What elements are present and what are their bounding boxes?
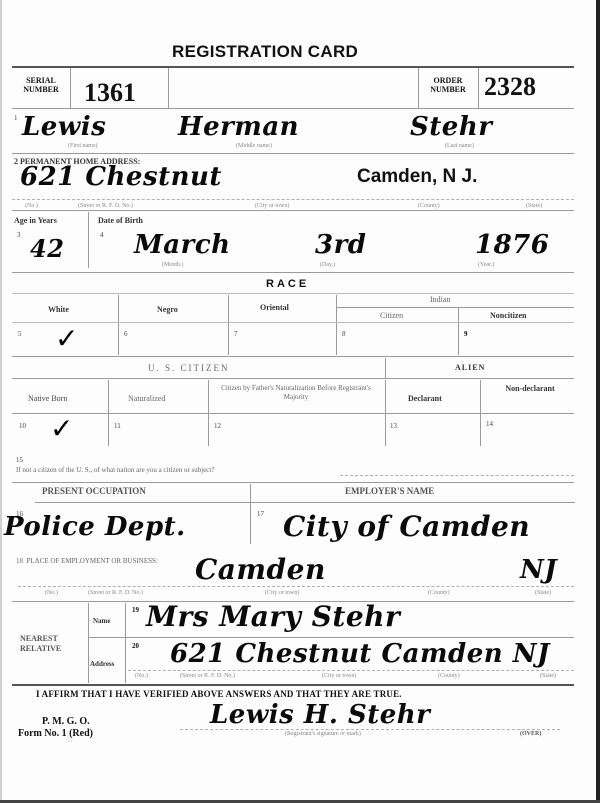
row-rule — [12, 322, 574, 323]
indian-heading: Indian — [430, 295, 450, 304]
birth-date-label: Date of Birth — [98, 216, 143, 225]
row-rule — [12, 482, 574, 483]
field-number: 6 — [124, 330, 128, 338]
over-label: (OVER) — [520, 731, 541, 737]
divider — [250, 484, 251, 544]
address-caption-state: (State) — [526, 203, 542, 209]
alien-heading: ALIEN — [455, 363, 485, 372]
row-rule — [18, 586, 574, 587]
row-rule — [35, 502, 575, 503]
age-label: Age in Years — [14, 216, 57, 225]
field-number: 9 — [464, 330, 468, 338]
order-number-value: 2328 — [484, 72, 536, 102]
field-number: 7 — [234, 330, 238, 338]
divider — [478, 68, 479, 108]
field-number: 20 — [132, 642, 139, 650]
address-caption-no: (No.) — [25, 203, 38, 209]
form-agency: P. M. G. O. — [42, 716, 90, 727]
relative-name-label: Name — [93, 617, 111, 625]
employment-caption-city: (City or town) — [265, 590, 299, 596]
signature-caption: (Registrant's signature or mark) — [285, 731, 361, 737]
birth-caption-month: (Month.) — [162, 262, 184, 268]
field-number: 19 — [132, 606, 139, 614]
field-number: 14 — [486, 420, 493, 428]
non-declarant-label: Non-declarant — [500, 384, 560, 394]
relative-address: 621 Chestnut Camden NJ — [170, 639, 550, 669]
field-number: 1 — [14, 114, 18, 122]
field-number: 15 — [16, 456, 23, 464]
field-number: 4 — [100, 231, 104, 239]
relative-caption-city: (City or town) — [322, 673, 356, 679]
us-citizen-heading: U. S. CITIZEN — [148, 363, 230, 373]
employment-caption-county: (County) — [428, 590, 450, 596]
naturalized-label: Naturalized — [128, 394, 165, 403]
address-caption-city: (City or town) — [255, 203, 289, 209]
card-left-edge — [0, 0, 2, 803]
birth-caption-day: (Day.) — [320, 262, 335, 268]
last-name-caption: (Last name) — [445, 143, 474, 149]
row-rule — [12, 293, 574, 294]
middle-name-caption: (Middle name) — [236, 143, 272, 149]
employer-heading: EMPLOYER'S NAME — [345, 486, 434, 496]
native-born-label: Native Born — [28, 394, 67, 403]
row-rule — [12, 108, 574, 109]
row-rule — [12, 413, 574, 414]
field-number: 5 — [18, 330, 22, 338]
first-name-caption: (First name) — [68, 143, 98, 149]
citizen-by-father-label: Citizen by Father's Naturalization Befor… — [216, 384, 376, 402]
relative-address-label: Address — [90, 660, 114, 668]
race-white-label: White — [48, 305, 69, 314]
employment-state: NJ — [520, 555, 557, 585]
divider — [418, 68, 419, 108]
row-rule — [12, 272, 574, 273]
native-born-checkmark: ✓ — [50, 412, 73, 445]
employment-caption-street: (Street or R. F. D. No.) — [88, 590, 143, 596]
relative-caption-state: (State) — [540, 673, 556, 679]
race-indian-citizen-label: Citizen — [380, 311, 403, 320]
middle-name: Herman — [178, 112, 299, 142]
employment-caption-no: (No.) — [45, 590, 58, 596]
row-rule — [12, 378, 574, 379]
top-rule — [12, 66, 574, 68]
address-caption-street: (Street or R. F. D. No.) — [78, 203, 133, 209]
field-number: 3 — [17, 231, 21, 239]
divider — [88, 603, 89, 683]
field-number: 10 — [19, 422, 26, 430]
row-rule — [12, 199, 574, 200]
serial-number-label: SERIAL NUMBER — [14, 76, 68, 94]
field-number: 13 — [390, 422, 397, 430]
divider — [458, 308, 459, 355]
home-street: 621 Chestnut — [20, 162, 222, 192]
field-number: 11 — [114, 422, 121, 430]
divider — [385, 358, 386, 378]
last-name: Stehr — [410, 112, 492, 142]
birth-month: March — [134, 230, 231, 260]
birth-day: 3rd — [315, 230, 366, 260]
row-rule — [128, 670, 574, 671]
nation-question: If not a citizen of the U. S., of what n… — [16, 466, 214, 474]
row-rule — [12, 210, 574, 211]
card-right-edge — [596, 0, 600, 803]
serial-number-value: 1361 — [84, 78, 136, 108]
row-rule — [12, 356, 574, 357]
field-number: 17 — [257, 510, 264, 518]
row-rule — [88, 637, 574, 638]
race-oriental-label: Oriental — [260, 303, 289, 312]
row-rule — [340, 475, 574, 476]
employment-city: Camden — [195, 553, 326, 586]
declarant-label: Declarant — [408, 394, 442, 403]
row-rule — [336, 307, 574, 308]
occupation-heading: PRESENT OCCUPATION — [42, 486, 146, 496]
row-rule — [12, 153, 574, 154]
nearest-relative-label: NEAREST RELATIVE — [20, 634, 61, 654]
field-number: 8 — [342, 330, 346, 338]
row-rule — [12, 684, 574, 686]
home-city-state: Camden, N J. — [357, 166, 477, 188]
age-value: 42 — [30, 234, 64, 263]
relative-caption-county: (County) — [438, 673, 460, 679]
race-indian-noncitizen-label: Noncitizen — [490, 311, 526, 320]
relative-caption-no: (No.) — [135, 673, 148, 679]
divider — [168, 68, 169, 108]
signature-line — [180, 729, 560, 730]
first-name: Lewis — [22, 112, 106, 142]
relative-name: Mrs Mary Stehr — [146, 600, 400, 633]
divider — [88, 212, 89, 268]
divider — [336, 295, 337, 355]
field-number: 12 — [214, 422, 221, 430]
birth-year: 1876 — [475, 230, 549, 260]
relative-caption-street: (Street or R. F. D. No.) — [180, 673, 235, 679]
registrant-signature: Lewis H. Stehr — [210, 700, 430, 730]
divider — [118, 295, 119, 355]
card-title: REGISTRATION CARD — [172, 42, 358, 62]
employer-value: City of Camden — [283, 510, 530, 543]
divider — [125, 603, 126, 683]
occupation-value: Police Dept. — [4, 512, 186, 542]
birth-caption-year: (Year.) — [478, 262, 494, 268]
affirmation-text: I AFFIRM THAT I HAVE VERIFIED ABOVE ANSW… — [36, 689, 402, 699]
place-of-employment-label: 18 PLACE OF EMPLOYMENT OR BUSINESS: — [16, 557, 158, 565]
divider — [70, 68, 71, 108]
order-number-label: ORDER NUMBER — [421, 76, 475, 94]
employment-caption-state: (State) — [535, 590, 551, 596]
race-white-checkmark: ✓ — [55, 322, 78, 355]
form-number: Form No. 1 (Red) — [18, 728, 93, 739]
race-negro-label: Negro — [157, 305, 178, 314]
divider — [228, 295, 229, 355]
address-caption-county: (County) — [418, 203, 440, 209]
race-heading: RACE — [266, 278, 309, 290]
